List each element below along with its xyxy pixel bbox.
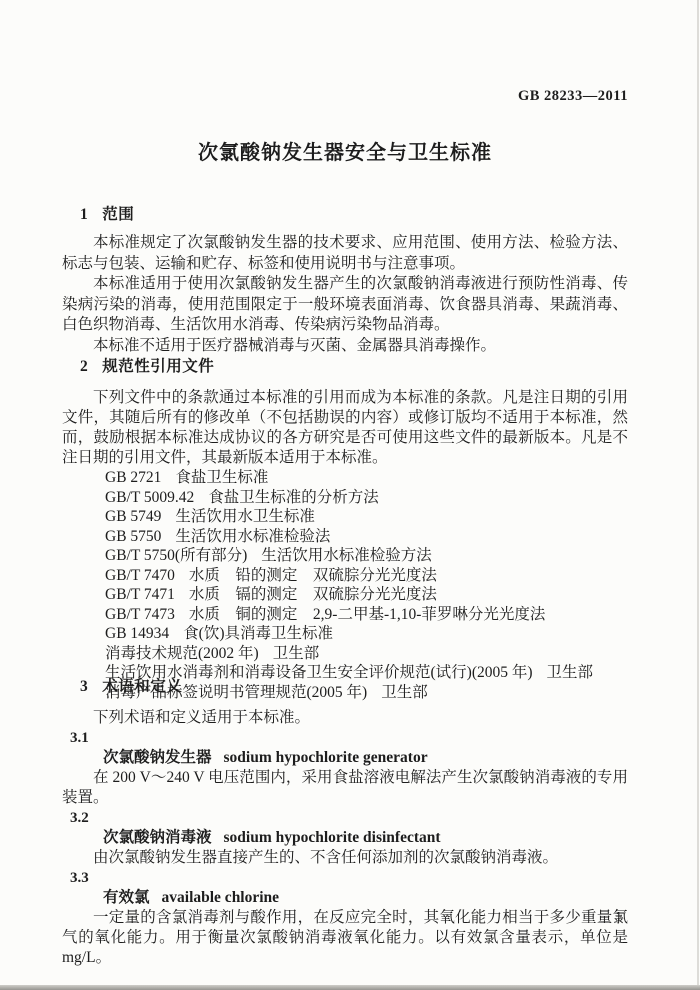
reference-code: GB 14934 [105, 625, 169, 642]
scan-edge-bottom [0, 985, 700, 990]
reference-code: GB/T 7471 [105, 586, 175, 603]
term-number: 3.3 [62, 868, 628, 888]
reference-item: GB 5749生活饮用水卫生标准 [62, 507, 628, 527]
term-entry: 次氯酸钠消毒液sodium hypochlorite disinfectant [62, 828, 628, 848]
term-zh: 次氯酸钠消毒液 [103, 829, 212, 846]
term-entry: 次氯酸钠发生器sodium hypochlorite generator [62, 748, 628, 768]
reference-title: 生活饮用水标准检验方法 [261, 547, 432, 564]
reference-item: GB/T 5009.42食盐卫生标准的分析方法 [62, 488, 628, 508]
reference-title: 水质 镉的测定 双硫腙分光光度法 [189, 586, 437, 603]
section-number: 2 [80, 358, 88, 375]
reference-list: GB 2721食盐卫生标准 GB/T 5009.42食盐卫生标准的分析方法 GB… [62, 468, 628, 702]
term-en: sodium hypochlorite disinfectant [224, 829, 441, 846]
reference-title: 水质 铅的测定 双硫腙分光光度法 [189, 567, 437, 584]
section-heading: 1范围 [62, 204, 628, 225]
reference-item: GB 5750生活饮用水标准检验法 [62, 527, 628, 547]
paragraph: 本标准不适用于医疗器械消毒与灭菌、金属器具消毒操作。 [62, 336, 628, 357]
scanned-document-page: GB 28233—2011 次氯酸钠发生器安全与卫生标准 1范围 本标准规定了次… [0, 0, 700, 990]
term-entry: 有效氯available chlorine [62, 888, 628, 908]
reference-title: 生活饮用水标准检验法 [175, 528, 330, 545]
reference-title: 卫生部 [273, 645, 320, 662]
terms-intro: 下列术语和定义适用于本标准。 [62, 708, 628, 728]
paragraph: 本标准适用于使用次氯酸钠发生器产生的次氯酸钠消毒液进行预防性消毒、传染病污染的消… [62, 274, 628, 336]
reference-title: 食盐卫生标准的分析方法 [208, 489, 379, 506]
standard-number: GB 28233—2011 [62, 86, 628, 106]
section-scope: 1范围 本标准规定了次氯酸钠发生器的技术要求、应用范围、使用方法、检验方法、标志… [62, 204, 628, 356]
term-en: available chlorine [162, 889, 280, 906]
reference-title: 水质 铜的测定 2,9-二甲基-1,10-菲罗啉分光光度法 [189, 606, 546, 623]
term-zh: 有效氯 [103, 889, 150, 906]
term-definition: 由次氯酸钠发生器直接产生的、不含任何添加剂的次氯酸钠消毒液。 [62, 848, 628, 868]
reference-item: GB/T 7473水质 铜的测定 2,9-二甲基-1,10-菲罗啉分光光度法 [62, 605, 628, 625]
reference-code: GB/T 5009.42 [105, 489, 194, 506]
section-number: 1 [80, 206, 88, 223]
section-references: 2规范性引用文件 下列文件中的条款通过本标准的引用而成为本标准的条款。凡是注日期… [62, 356, 628, 702]
reference-item: GB 2721食盐卫生标准 [62, 468, 628, 488]
section-heading-text: 规范性引用文件 [102, 358, 214, 375]
reference-title: 食盐卫生标准 [175, 469, 268, 486]
reference-item: GB/T 7471水质 镉的测定 双硫腙分光光度法 [62, 585, 628, 605]
page-number: 1 [62, 908, 622, 926]
term-definition: 在 200 V～240 V 电压范围内，采用食盐溶液电解法产生次氯酸钠消毒液的专… [62, 768, 628, 808]
section-heading: 2规范性引用文件 [62, 356, 628, 377]
reference-title: 生活饮用水卫生标准 [175, 508, 315, 525]
section-number: 3 [80, 678, 88, 695]
reference-item: 消毒技术规范(2002 年)卫生部 [62, 644, 628, 664]
reference-code: GB/T 7470 [105, 567, 175, 584]
section-heading: 3术语和定义 [62, 676, 628, 697]
reference-code: 消毒技术规范(2002 年) [105, 645, 259, 662]
term-number: 3.2 [62, 808, 628, 828]
reference-item: GB/T 5750(所有部分)生活饮用水标准检验方法 [62, 546, 628, 566]
paragraph: 本标准规定了次氯酸钠发生器的技术要求、应用范围、使用方法、检验方法、标志与包装、… [62, 233, 628, 274]
scan-edge-right [697, 0, 699, 990]
term-en: sodium hypochlorite generator [224, 749, 428, 766]
reference-title: 食(饮)具消毒卫生标准 [183, 625, 333, 642]
reference-code: GB 5749 [105, 508, 161, 525]
term-number: 3.1 [62, 728, 628, 748]
reference-code: GB 5750 [105, 528, 161, 545]
section-heading-text: 术语和定义 [102, 678, 182, 695]
reference-item: GB/T 7470水质 铅的测定 双硫腙分光光度法 [62, 566, 628, 586]
reference-code: GB/T 5750(所有部分) [105, 547, 247, 564]
document-title: 次氯酸钠发生器安全与卫生标准 [62, 140, 628, 167]
reference-item: GB 14934食(饮)具消毒卫生标准 [62, 624, 628, 644]
section-heading-text: 范围 [102, 206, 134, 223]
paragraph: 下列文件中的条款通过本标准的引用而成为本标准的条款。凡是注日期的引用文件，其随后… [62, 388, 628, 468]
reference-code: GB 2721 [105, 469, 161, 486]
reference-code: GB/T 7473 [105, 606, 175, 623]
term-zh: 次氯酸钠发生器 [103, 749, 212, 766]
